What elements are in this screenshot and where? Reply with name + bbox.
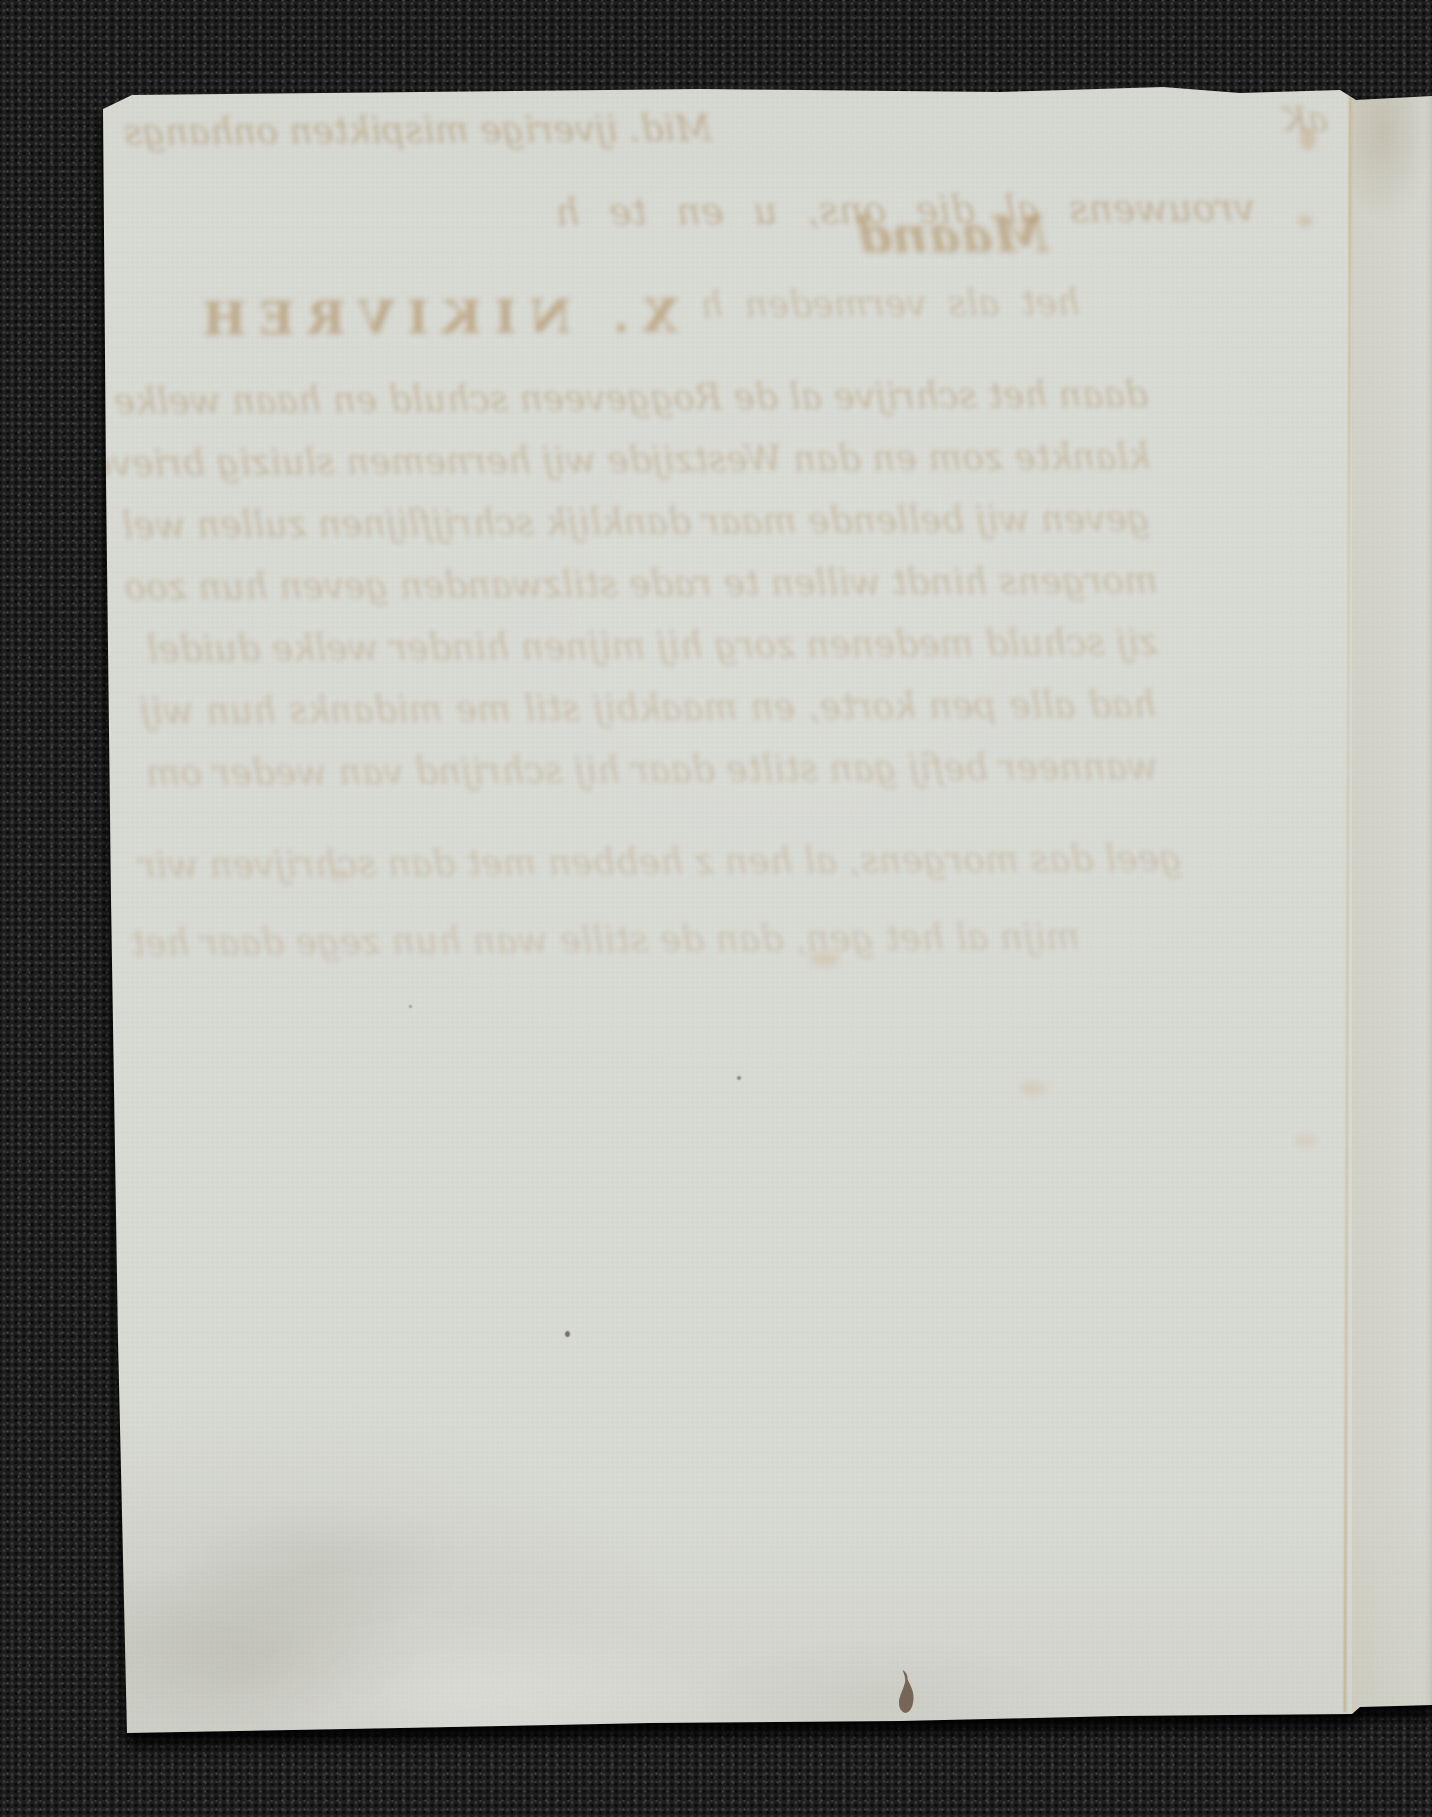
bleedthrough-line: daan het schrijve al de Roggeveen schuld… [128, 374, 1148, 422]
bleedthrough-line: geel das morgens, al hen z hebben met da… [142, 838, 1182, 886]
paper-speck [1295, 1135, 1317, 1147]
paper-sheet: aKMid. ijverige mispikten onhangsvrouwen… [0, 0, 1432, 1817]
paper-speck [409, 1005, 412, 1008]
bleedthrough-line: klankte zom en dan Westzijde wij herneme… [140, 436, 1150, 484]
bleedthrough-line: wanneer befij gan stilte daar hij schrij… [150, 746, 1158, 794]
paper-speck [565, 1331, 570, 1337]
bleedthrough-line: had alle pen korte, en maakbij stil me m… [140, 684, 1156, 732]
bleedthrough-line: morgens hindt willen te rade stilzwanden… [158, 561, 1158, 609]
paper-speck [810, 952, 840, 966]
paper-speck [1298, 215, 1312, 227]
fold-strip-shading [1352, 86, 1432, 1712]
paper-speck [737, 1076, 741, 1080]
bleedthrough-line: geven wij bellende maar danklijk schrijf… [150, 499, 1150, 547]
bleedthrough-line: Maand [848, 204, 1048, 264]
paper-speck [330, 870, 348, 880]
bleedthrough-line: aK [1248, 100, 1328, 141]
scan-background: aKMid. ijverige mispikten onhangsvrouwen… [0, 0, 1432, 1817]
paper-drop-shadow: aKMid. ijverige mispikten onhangsvrouwen… [0, 0, 1432, 1817]
bleedthrough-line: X. NIKIVREH [248, 288, 678, 345]
bleedthrough-line: zij schuld medenen zorg hij mijnen hinde… [148, 622, 1158, 670]
fold-crease-line [1343, 88, 1352, 1712]
bleedthrough-line: het als vermeden h [700, 283, 1080, 327]
paper-speck [1020, 1082, 1046, 1095]
bleedthrough-line: Mid. ijverige mispikten onhangs [262, 108, 712, 152]
paper-speck [1300, 128, 1316, 150]
bleedthrough-line: mijn al het gen, dan de stille wan hun z… [150, 917, 1080, 964]
bleedthrough-layer: aKMid. ijverige mispikten onhangsvrouwen… [0, 0, 1432, 1817]
bleedthrough-line: vrouwens al die ons, u en te h [555, 186, 1255, 235]
ink-blot [893, 1668, 921, 1714]
